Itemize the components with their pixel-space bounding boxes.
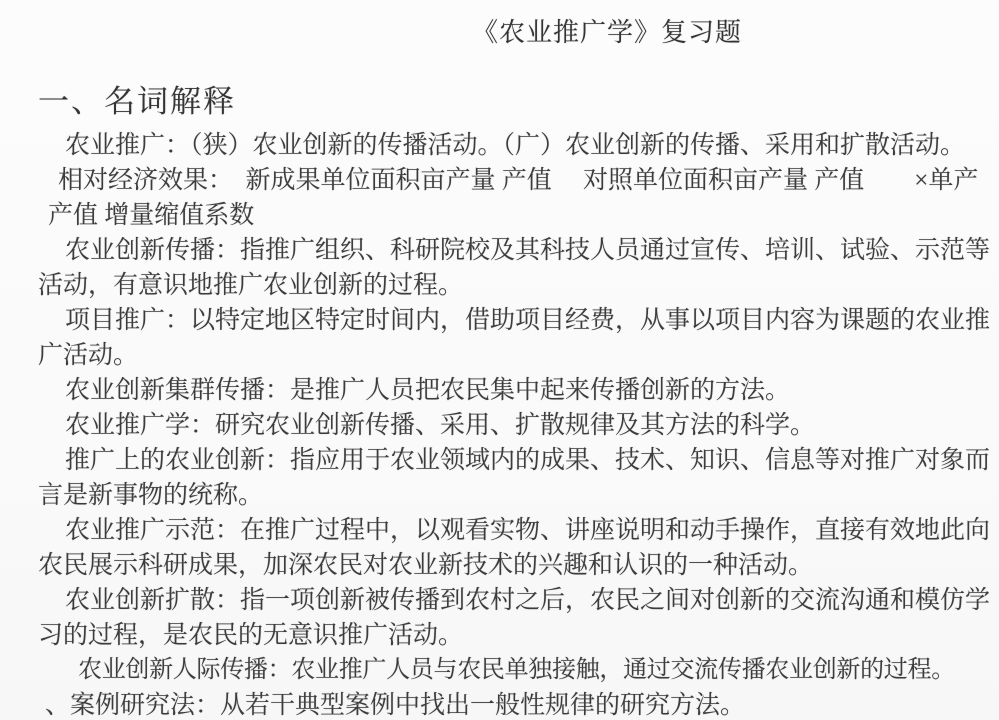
text-line: 产值 增量缩值系数 (0, 198, 999, 233)
text-line: 习的过程，是农民的无意识推广活动。 (0, 618, 999, 653)
text-line: 农业推广：（狭）农业创新的传播活动。（广）农业创新的传播、采用和扩散活动。 (0, 128, 999, 163)
text-line: 农民展示科研成果，加深农民对农业新技术的兴趣和认识的一种活动。 (0, 548, 999, 583)
section-heading-definitions: 一、名词解释 (38, 76, 236, 121)
document-page: 《农业推广学》复习题 一、名词解释 农业推广：（狭）农业创新的传播活动。（广）农… (0, 0, 999, 720)
text-line: 广活动。 (0, 338, 999, 373)
text-line: 农业创新集群传播：是推广人员把农民集中起来传播创新的方法。 (0, 373, 999, 408)
text-line: 、案例研究法：从若干典型案例中找出一般性规律的研究方法。 (0, 688, 999, 720)
text-line: 相对经济效果： 新成果单位面积亩产量 产值 对照单位面积亩产量 产值 ×单产 (0, 163, 999, 198)
text-line: 农业创新传播：指推广组织、科研院校及其科技人员通过宣传、培训、试验、示范等 (0, 233, 999, 268)
text-line: 农业推广示范：在推广过程中，以观看实物、讲座说明和动手操作，直接有效地此向 (0, 513, 999, 548)
text-line: 推广上的农业创新：指应用于农业领域内的成果、技术、知识、信息等对推广对象而 (0, 443, 999, 478)
document-title: 《农业推广学》复习题 (472, 12, 742, 49)
text-line: 活动，有意识地推广农业创新的过程。 (0, 268, 999, 303)
text-line: 农业创新人际传播：农业推广人员与农民单独接触，通过交流传播农业创新的过程。 (0, 653, 999, 688)
text-line: 言是新事物的统称。 (0, 478, 999, 513)
text-line: 项目推广：以特定地区特定时间内，借助项目经费，从事以项目内容为课题的农业推 (0, 303, 999, 338)
text-line: 农业推广学：研究农业创新传播、采用、扩散规律及其方法的科学。 (0, 408, 999, 443)
text-line: 农业创新扩散：指一项创新被传播到农村之后，农民之间对创新的交流沟通和模仿学 (0, 583, 999, 618)
document-body: 农业推广：（狭）农业创新的传播活动。（广）农业创新的传播、采用和扩散活动。 相对… (0, 128, 999, 720)
